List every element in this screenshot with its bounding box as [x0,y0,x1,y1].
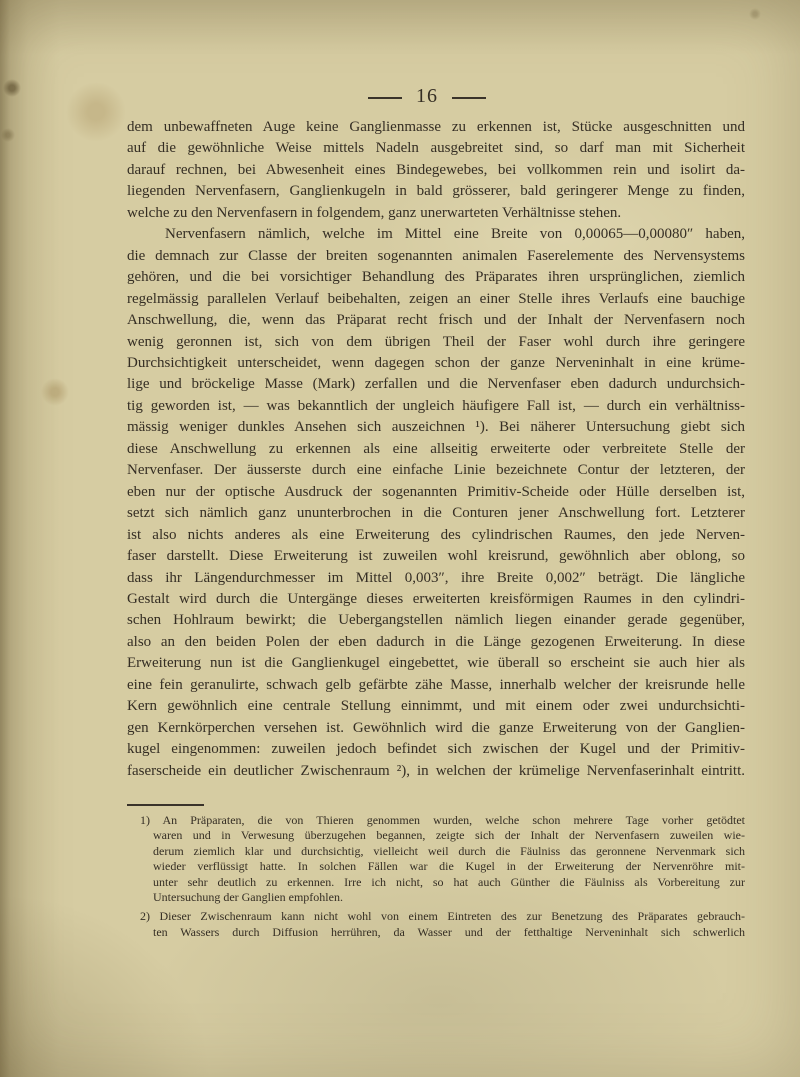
text-line: wenig geronnen ist, sich von dem übrigen… [127,332,745,353]
text-line: dem unbewaffneten Auge keine Ganglienmas… [127,117,745,138]
footnotes-block: 1) An Präparaten, die von Thieren genomm… [140,813,745,944]
page-number-rule-left [368,97,402,99]
text-line: diese Anschwellung zu erkennen als eine … [127,439,745,460]
text-line: faserscheide ein deutlicher Zwischenraum… [127,761,745,782]
footnote-2: 2) Dieser Zwischenraum kann nicht wohl v… [140,909,745,940]
text-line: waren und in Verwesung überzugehen began… [140,828,745,843]
main-text-block: dem unbewaffneten Auge keine Ganglienmas… [127,117,745,782]
text-line: ten Wassers durch Diffusion herrühren, d… [140,925,745,940]
text-line: Untersuchung der Ganglien empfohlen. [140,890,745,905]
text-line: Durchsichtigkeit unterscheidet, wenn dag… [127,353,745,374]
text-line: tig geworden ist, — was bekanntlich der … [127,396,745,417]
text-line: darauf rechnen, bei Abwesenheit eines Bi… [127,160,745,181]
text-line: Kern gewöhnlich eine centrale Stellung e… [127,696,745,717]
page-number-rule-right [452,97,486,99]
text-line: schen Hohlraum bewirkt; die Uebergangste… [127,610,745,631]
footnote-separator-rule [127,804,204,806]
text-line: 1) An Präparaten, die von Thieren genomm… [140,813,745,828]
text-line: faser darstellt. Diese Erweiterung ist z… [127,546,745,567]
paragraph-continuation: dem unbewaffneten Auge keine Ganglienmas… [127,117,745,224]
text-line: Erweiterung nun ist die Ganglienkugel ei… [127,653,745,674]
text-line: lige und bröckelige Masse (Mark) zerfall… [127,374,745,395]
text-line: kugel eingenommen: zuweilen jedoch befin… [127,739,745,760]
text-line: regelmässig parallelen Verlauf beibehalt… [127,289,745,310]
footnote-1: 1) An Präparaten, die von Thieren genomm… [140,813,745,905]
text-line: wieder verflüssigt hatte. In solchen Fäl… [140,859,745,874]
text-line: welche zu den Nervenfasern in folgendem,… [127,203,745,224]
text-line: derum ziemlich klar und durchsichtig, vi… [140,844,745,859]
text-line: unter sehr deutlich zu erkennen. Irre ic… [140,875,745,890]
text-line: auf die gewöhnliche Weise mittels Nadeln… [127,138,745,159]
page-number: 16 [416,85,438,108]
text-line: eben nur der optische Ausdruck der sogen… [127,482,745,503]
text-line: Nervenfaser. Der äusserste durch eine ei… [127,460,745,481]
text-line: setzt sich nämlich ganz ununterbrochen i… [127,503,745,524]
text-line: die demnach zur Classe der breiten sogen… [127,246,745,267]
text-line: eine fein geranulirte, schwach gelb gefä… [127,675,745,696]
text-line: gen Kernkörperchen versehen ist. Gewöhnl… [127,718,745,739]
text-line: gehören, und die bei vorsichtiger Behand… [127,267,745,288]
text-line: Gestalt wird durch die Untergänge dieses… [127,589,745,610]
text-line: Nervenfasern nämlich, welche im Mittel e… [127,224,745,245]
text-line: ist also nichts anderes als eine Erweite… [127,525,745,546]
text-line: 2) Dieser Zwischenraum kann nicht wohl v… [140,909,745,924]
book-page: 16 dem unbewaffneten Auge keine Ganglien… [0,0,800,1077]
text-line: mässig weniger dunkles Ansehen sich ausz… [127,417,745,438]
text-line: Anschwellung, die, wenn das Präparat rec… [127,310,745,331]
text-line: dass ihr Längendurchmesser im Mittel 0,0… [127,568,745,589]
text-line: liegenden Nervenfasern, Ganglienkugeln i… [127,181,745,202]
page-header: 16 [118,85,736,108]
text-line: also an den beiden Polen der eben dadurc… [127,632,745,653]
paragraph-nervenfasern: Nervenfasern nämlich, welche im Mittel e… [127,224,745,782]
